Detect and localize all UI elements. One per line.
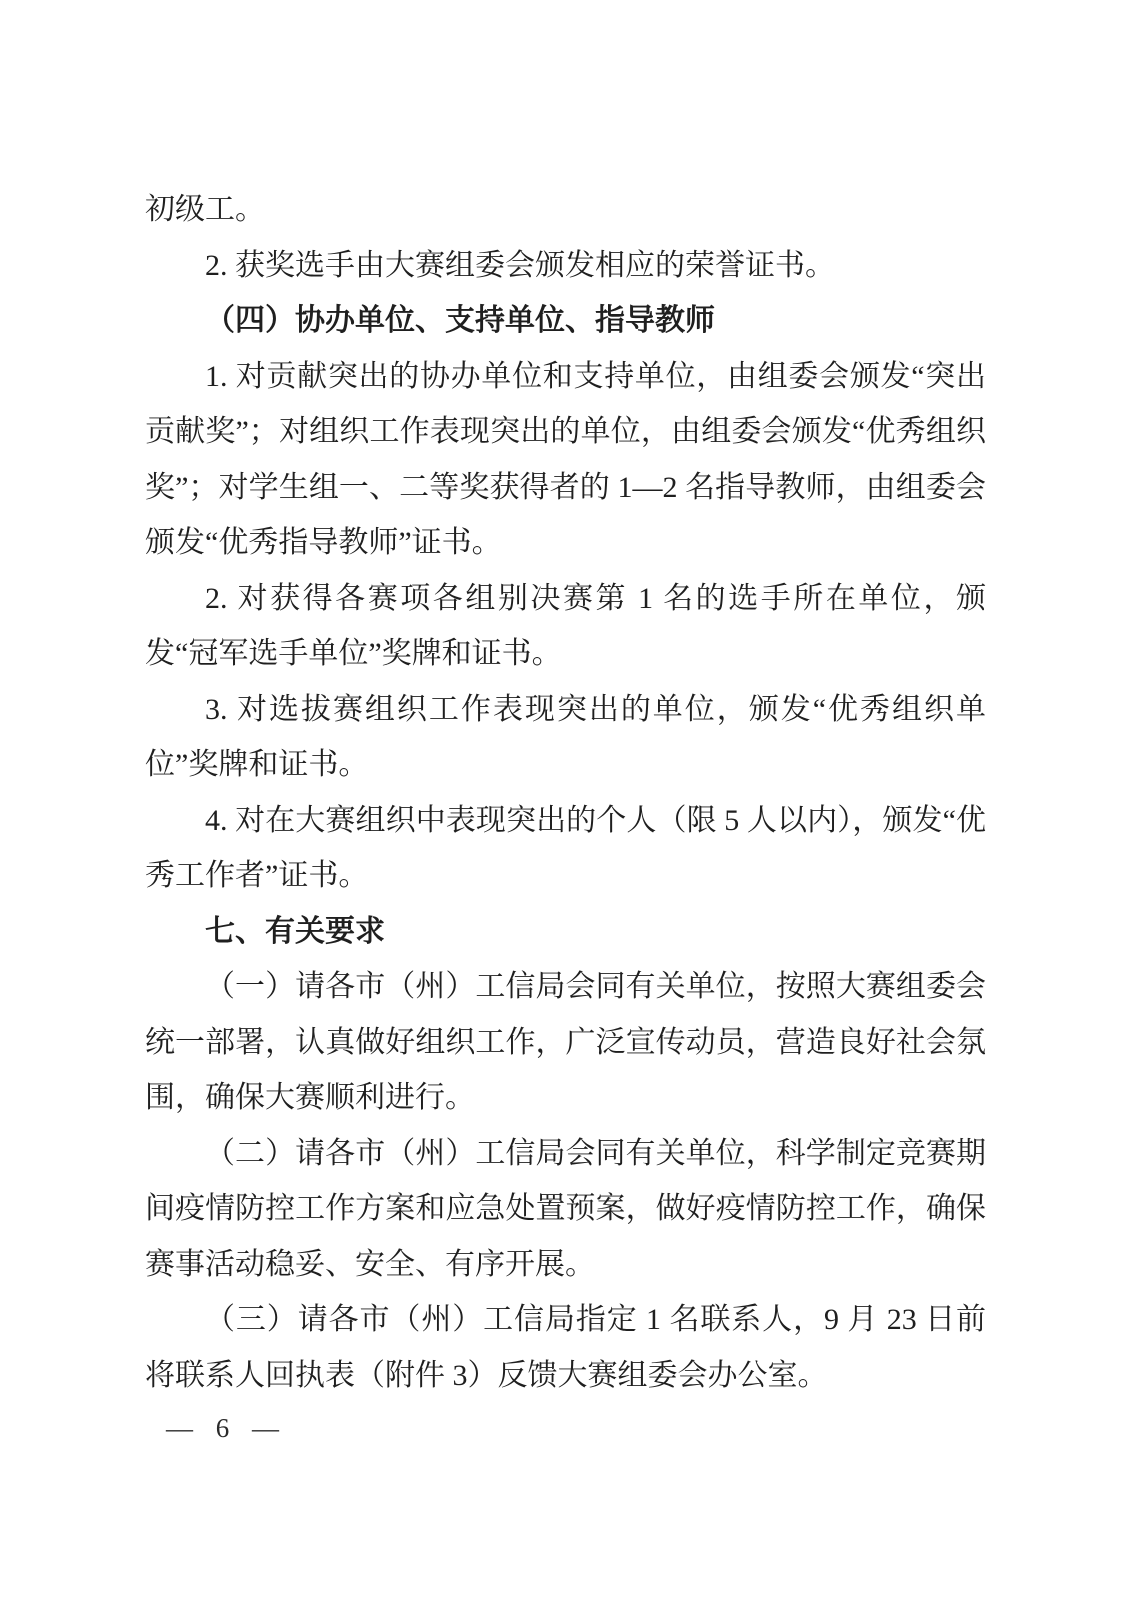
para-section-four-item-3: 3. 对选拔赛组织工作表现突出的单位，颁发“优秀组织单位”奖牌和证书。 [145,682,986,793]
heading-section-seven: 七、有关要求 [145,904,986,960]
document-page: 初级工。2. 获奖选手由大赛组委会颁发相应的荣誉证书。（四）协办单位、支持单位、… [0,0,1131,1600]
para-section-four-item-4: 4. 对在大赛组织中表现突出的个人（限 5 人以内），颁发“优秀工作者”证书。 [145,793,986,904]
page-number: — 6 — [166,1408,279,1448]
para-section-four-item-2: 2. 对获得各赛项各组别决赛第 1 名的选手所在单位，颁发“冠军选手单位”奖牌和… [145,571,986,682]
para-requirement-1: （一）请各市（州）工信局会同有关单位，按照大赛组委会统一部署，认真做好组织工作，… [145,959,986,1126]
para-award-item-2: 2. 获奖选手由大赛组委会颁发相应的荣誉证书。 [145,238,986,294]
para-requirement-2: （二）请各市（州）工信局会同有关单位，科学制定竞赛期间疫情防控工作方案和应急处置… [145,1126,986,1293]
para-continuation: 初级工。 [145,182,986,238]
document-body: 初级工。2. 获奖选手由大赛组委会颁发相应的荣誉证书。（四）协办单位、支持单位、… [145,182,986,1403]
heading-section-four: （四）协办单位、支持单位、指导教师 [145,293,986,349]
para-section-four-item-1: 1. 对贡献突出的协办单位和支持单位，由组委会颁发“突出贡献奖”；对组织工作表现… [145,349,986,571]
para-requirement-3: （三）请各市（州）工信局指定 1 名联系人，9 月 23 日前将联系人回执表（附… [145,1292,986,1403]
